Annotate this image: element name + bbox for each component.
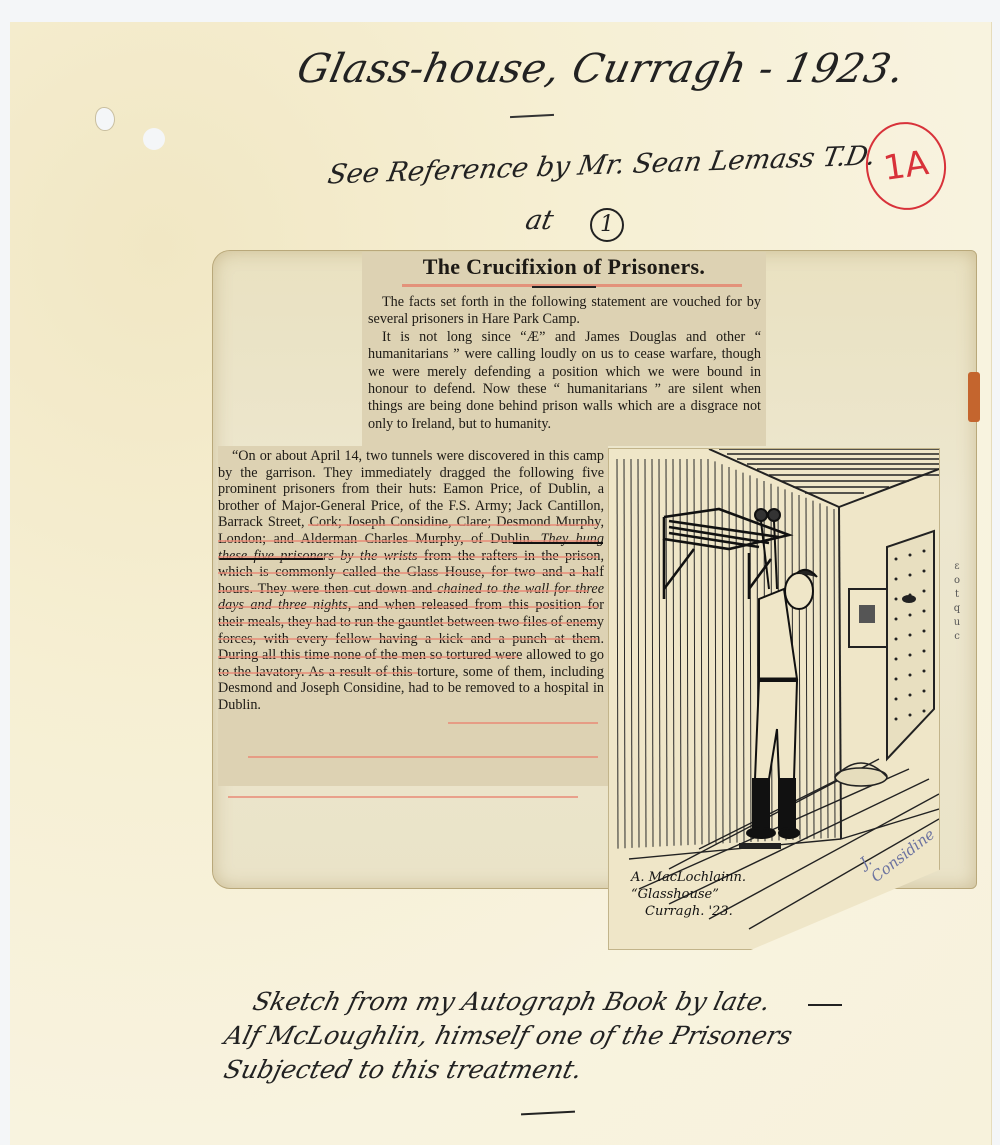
red-underline-mark <box>218 606 598 608</box>
clipping-headline: The Crucifixion of Prisoners. <box>362 254 766 280</box>
ink-underline-mark <box>513 542 603 544</box>
ink-sketch: J. Considine A. MacLochlainn. “Glasshous… <box>608 448 940 950</box>
sketch-caption: A. MacLochlainn. “Glasshouse” Curragh. '… <box>631 869 746 920</box>
red-underline-mark <box>218 638 598 640</box>
red-underline-mark <box>308 524 598 526</box>
red-underline-mark <box>218 672 418 674</box>
red-underline-mark <box>218 590 588 592</box>
note-line: Subjected to this treatment. <box>212 1053 787 1087</box>
lead-paragraph: The facts set forth in the following sta… <box>368 294 761 329</box>
edge-letters: εotquc <box>949 560 965 644</box>
red-underline-mark <box>228 796 578 798</box>
red-underline-mark <box>218 622 598 624</box>
note-line: Alf McLoughlin, himself one of the Priso… <box>221 1019 796 1053</box>
newspaper-clipping-top: The Crucifixion of Prisoners. The facts … <box>362 252 766 446</box>
underline-mark <box>808 1004 842 1006</box>
sketch-artist-signature: A. MacLochlainn. <box>631 869 746 886</box>
red-underline-mark <box>218 656 518 658</box>
handwritten-note: Sketch from my Autograph Book by late. A… <box>212 985 804 1087</box>
red-underline-mark <box>218 572 598 574</box>
newspaper-clipping-body: “On or about April 14, two tunnels were … <box>218 446 608 786</box>
red-underline-mark <box>248 756 598 758</box>
red-underline-mark <box>448 722 598 724</box>
note-line: Sketch from my Autograph Book by late. <box>229 985 804 1019</box>
headline-rule <box>532 286 596 288</box>
punch-hole <box>96 108 114 130</box>
lead-paragraph: It is not long since “Æ” and James Dougl… <box>368 329 761 433</box>
circled-reference-number: 1 <box>590 208 624 242</box>
punch-hole <box>143 128 165 150</box>
ink-underline-mark <box>220 558 323 560</box>
red-stain <box>968 372 980 422</box>
clipping-lead: The facts set forth in the following sta… <box>368 294 761 433</box>
sketch-title: “Glasshouse” <box>631 886 746 903</box>
sketch-place-date: Curragh. '23. <box>631 903 746 920</box>
handwritten-title: Glass-house, Curragh - 1923. <box>293 46 908 92</box>
